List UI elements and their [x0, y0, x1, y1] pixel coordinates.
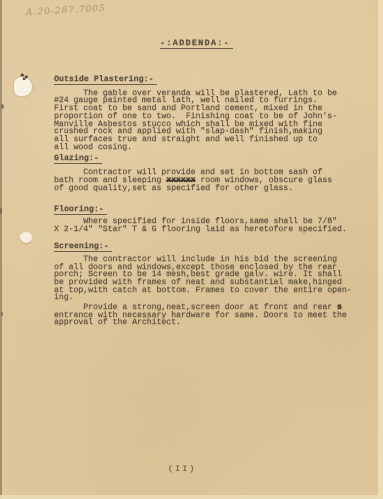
pencil-annotation: A.20-287.7005	[26, 4, 106, 18]
scan-edge-shadow	[0, 0, 2, 499]
ink-speckles	[20, 73, 29, 80]
paragraph-screening-1: The contractor will include in his bid t…	[54, 256, 383, 302]
paragraph-flooring: Where specified for inside floors,same s…	[54, 218, 383, 233]
heading-screening: Screening:-	[54, 243, 383, 251]
document-title: -:ADDENDA:-	[54, 40, 339, 48]
paper-edge-highlight	[378, 0, 383, 499]
punch-hole-spot	[20, 232, 32, 243]
paper-edge-highlight	[0, 495, 383, 499]
document-title-text: -:ADDENDA:-	[160, 38, 233, 49]
heading-outside-plastering: Outside Plastering:-	[54, 76, 383, 84]
screening2-text-post: entrance with necessary hardware for sam…	[54, 311, 347, 328]
paragraph-screening-2: Provide a strong,neat,screen door at fro…	[54, 304, 383, 327]
paragraph-glazing: Contractor will provide and set in botto…	[54, 169, 383, 192]
page-number: (II)	[168, 464, 196, 474]
heading-flooring: Flooring:-	[54, 206, 383, 214]
scanned-document-page: A.20-287.7005 -:ADDENDA:- Outside Plaste…	[0, 0, 383, 499]
paragraph-plastering: The gable over veranda will be plastered…	[54, 90, 383, 152]
document-body: -:ADDENDA:- Outside Plastering:- The gab…	[54, 40, 383, 331]
heading-glazing: Glazing:-	[54, 155, 383, 163]
